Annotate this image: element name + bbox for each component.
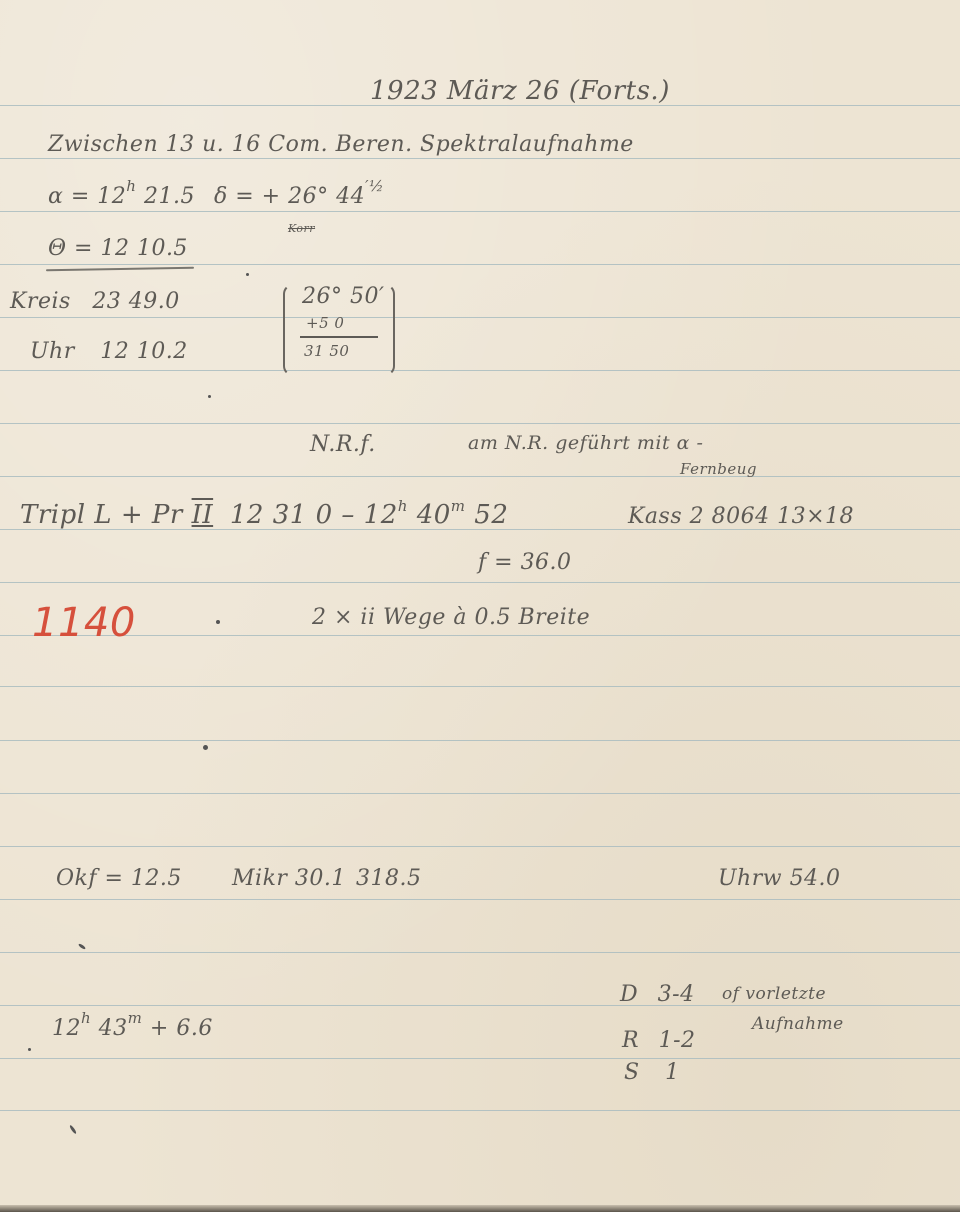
delta-fraction: ′½ [365, 177, 384, 195]
grade-label: S [624, 1060, 640, 1085]
alpha-label: α = 12 [48, 184, 126, 209]
nrf-label: N.R.f. [310, 432, 376, 457]
uhr-right-value: 54.0 [790, 866, 841, 891]
grade-value: 1 [665, 1060, 680, 1085]
grade-label: D [620, 982, 638, 1007]
time-minutes: 43 [99, 1016, 128, 1041]
uhr-label: Uhr [30, 339, 75, 364]
ruled-line [0, 846, 960, 847]
ink-speck [246, 273, 249, 276]
ruled-line [0, 1058, 960, 1059]
time-hours: 12 [52, 1016, 81, 1041]
grade-value: 3-4 [658, 982, 695, 1007]
slit-note: 2 × ii Wege à 0.5 Breite [312, 605, 590, 630]
cassette-info: Kass 2 8064 13×18 [628, 504, 854, 529]
ruled-line [0, 635, 960, 636]
minute-mark: m [451, 497, 466, 515]
grade-row-r: R 1-2 [622, 1028, 696, 1053]
instrument-label: Tripl L + Pr [20, 500, 183, 530]
hour-mark: h [398, 497, 408, 515]
prism-number: II [192, 500, 214, 530]
alpha-hour-mark: h [126, 177, 136, 195]
nrf-note: am N.R. geführt mit α - [468, 432, 703, 454]
ruled-line [0, 582, 960, 583]
notebook-page: 1923 März 26 (Forts.) Zwischen 13 u. 16 … [0, 0, 960, 1212]
grades-note: of vorletzte [722, 984, 826, 1004]
ruled-line [0, 423, 960, 424]
ruled-line [0, 793, 960, 794]
ink-speck [203, 745, 208, 750]
calc-top: 26° 50′ [302, 284, 384, 309]
uhr-values: 12 10.2 [100, 339, 187, 364]
ruled-line [0, 264, 960, 265]
ink-speck [28, 1048, 31, 1051]
grade-row-s: S 1 [624, 1060, 680, 1085]
ink-speck [69, 1125, 77, 1135]
ruled-line [0, 211, 960, 212]
ruled-line [0, 158, 960, 159]
nrf-note-continued: Fernbeug [680, 460, 757, 478]
exposure-line: Tripl L + Pr II 12 31 0 – 12h 40m 52 [20, 500, 508, 530]
ocular-focus: Okf = 12.5 [56, 866, 182, 891]
ruled-line [0, 952, 960, 953]
ink-speck [208, 395, 211, 398]
ink-speck [78, 943, 86, 950]
page-bottom-edge [0, 1205, 960, 1212]
hour-mark: h [81, 1009, 91, 1027]
ruled-line [0, 476, 960, 477]
right-ascension: α = 12h 21.5 [48, 184, 195, 209]
calc-result: 31 50 [304, 342, 349, 360]
calc-add: +5 0 [306, 314, 344, 332]
page-date: 1923 März 26 (Forts.) [370, 76, 670, 106]
struck-word: Korr [288, 222, 315, 235]
ink-dot [216, 620, 220, 624]
ruled-line [0, 1110, 960, 1111]
time-correction: 12h 43m + 6.6 [52, 1016, 213, 1041]
grade-label: R [622, 1028, 639, 1053]
ruled-line [0, 1005, 960, 1006]
ruled-line [0, 317, 960, 318]
focal-setting: f = 36.0 [478, 550, 572, 575]
ruled-line [0, 370, 960, 371]
plate-number: 1140 [32, 600, 136, 646]
uhr-right-label: Uhrw [718, 866, 782, 891]
declination: δ = + 26° 44′½ [214, 184, 384, 209]
uhr-right: Uhrw 54.0 [718, 866, 841, 891]
exposure-end-seconds: 52 [474, 500, 508, 530]
ruled-line [0, 686, 960, 687]
sidereal-time: Θ = 12 10.5 [48, 236, 188, 261]
correction-value: + 6.6 [150, 1016, 213, 1041]
ruled-line [0, 899, 960, 900]
grade-value: 1-2 [659, 1028, 696, 1053]
grade-row-d: D 3-4 [620, 982, 695, 1007]
minute-mark: m [128, 1009, 143, 1027]
grades-note-continued: Aufnahme [752, 1014, 844, 1034]
kreis-label: Kreis [10, 289, 71, 314]
alpha-value: 21.5 [144, 184, 195, 209]
angle-reading: 318.5 [356, 866, 421, 891]
ruled-line [0, 740, 960, 741]
uhr-reading: Uhr 12 10.2 [30, 339, 188, 364]
micrometer-reading: Mikr 30.1 [232, 866, 346, 891]
exposure-end-minutes: 40 [417, 500, 451, 530]
delta-value: δ = + 26° 44 [214, 184, 365, 209]
kreis-values: 23 49.0 [92, 289, 179, 314]
calc-sum-line [300, 336, 378, 338]
exposure-start: 12 31 0 – 12 [230, 500, 398, 530]
theta-underline [46, 267, 194, 272]
observation-title: Zwischen 13 u. 16 Com. Beren. Spektralau… [48, 132, 634, 157]
kreis-reading: Kreis 23 49.0 [10, 289, 180, 314]
